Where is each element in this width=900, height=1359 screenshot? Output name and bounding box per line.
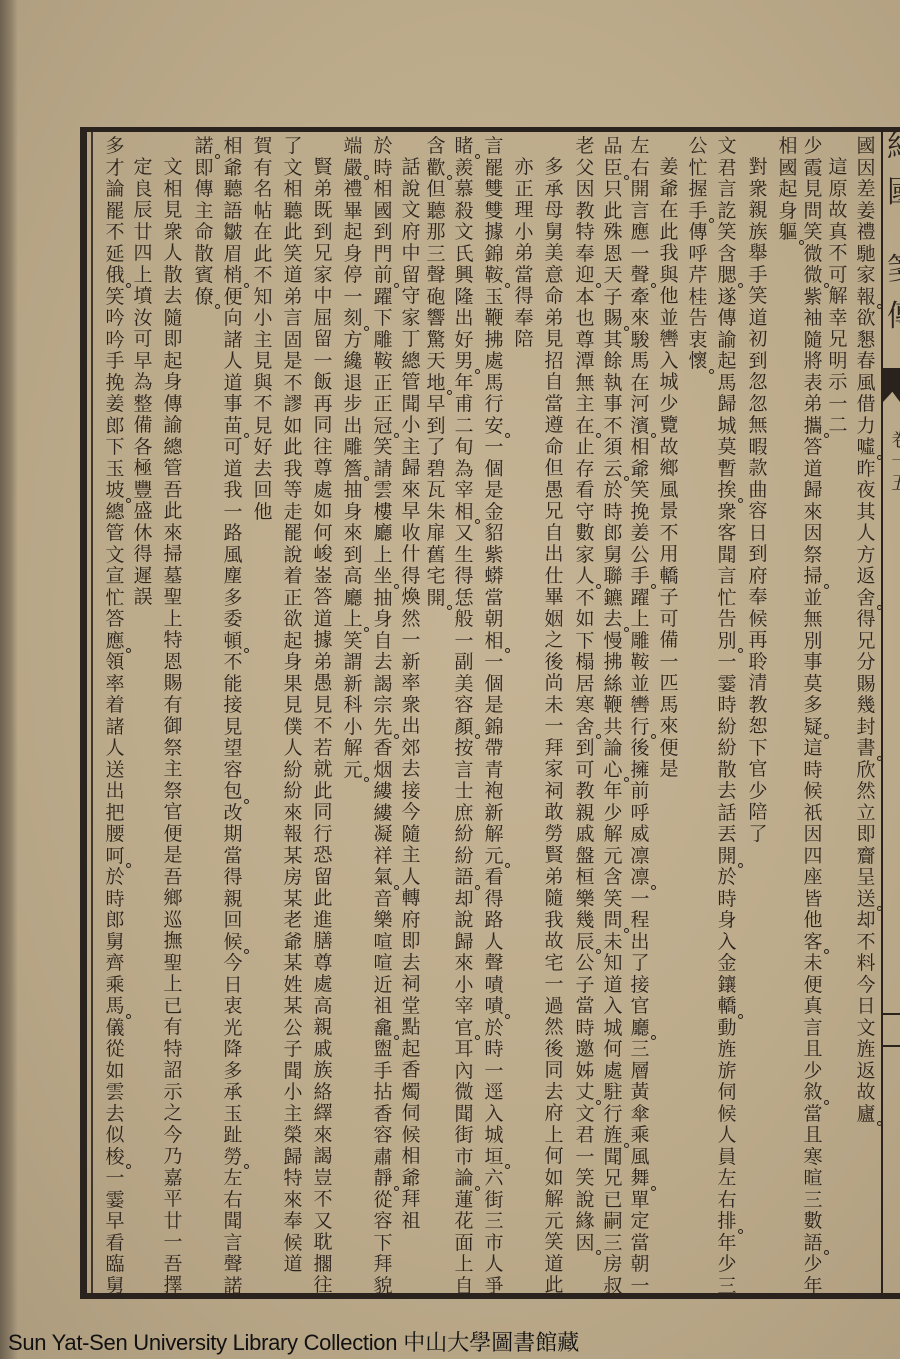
- glyph: 當: [513, 265, 535, 287]
- glyph: 父: [574, 158, 596, 180]
- glyph: 親: [222, 889, 244, 911]
- glyph: 後: [543, 1039, 565, 1061]
- glyph: 不: [252, 265, 274, 287]
- glyph: 了: [425, 437, 447, 459]
- text-column: 左右開言應一聲牽來駿馬在河濱相爺笑挽姜公手躍上雕鞍並轡行後擁前呼威凛凛一程出了接…: [629, 136, 651, 1297]
- glyph: 開: [425, 588, 447, 610]
- glyph: 含: [602, 867, 624, 889]
- glyph: 看: [574, 480, 596, 502]
- glyph: 右: [222, 1190, 244, 1212]
- glyph: 小: [513, 222, 535, 244]
- glyph: 正: [282, 588, 304, 610]
- glyph: 不: [827, 243, 849, 265]
- glyph: 手: [372, 1061, 394, 1083]
- glyph: 刻: [342, 308, 364, 330]
- glyph: 士: [453, 781, 475, 803]
- glyph: 封: [855, 717, 877, 739]
- glyph: 呼: [629, 803, 651, 825]
- glyph: 嗣: [602, 1211, 624, 1233]
- glyph: 駐: [602, 1082, 624, 1104]
- glyph: 回: [222, 910, 244, 932]
- glyph: 齎: [855, 846, 877, 868]
- glyph: 身: [342, 244, 364, 266]
- glyph: 問: [602, 910, 624, 932]
- glyph: 再: [747, 630, 769, 652]
- glyph: 弟: [312, 652, 334, 674]
- glyph: 六: [483, 1168, 505, 1190]
- glyph: 三: [483, 1211, 505, 1233]
- glyph: 本: [574, 287, 596, 309]
- glyph: 音: [372, 889, 394, 911]
- glyph: 率: [400, 673, 422, 695]
- glyph: 自: [453, 1276, 475, 1298]
- glyph: 眉: [222, 244, 244, 266]
- glyph: 道: [747, 308, 769, 330]
- glyph: 愚: [312, 673, 334, 695]
- glyph: 覽: [658, 415, 680, 437]
- glyph: 高: [342, 566, 364, 588]
- glyph: 特: [162, 630, 184, 652]
- glyph: 座: [802, 867, 824, 889]
- glyph: 郎: [104, 416, 126, 438]
- glyph: 奉: [282, 1211, 304, 1233]
- glyph: 看: [483, 867, 505, 889]
- glyph: 墳: [132, 286, 154, 308]
- glyph: 人: [400, 867, 422, 889]
- glyph: 上: [629, 609, 651, 631]
- glyph: 原: [827, 179, 849, 201]
- glyph: 吾: [162, 867, 184, 889]
- glyph: 新: [400, 652, 422, 674]
- glyph: 歸: [802, 480, 824, 502]
- glyph: 良: [132, 179, 154, 201]
- glyph: 容: [453, 695, 475, 717]
- glyph: 可: [827, 265, 849, 287]
- glyph: 諾: [222, 1276, 244, 1298]
- glyph: 率: [104, 674, 126, 696]
- glyph: 文: [453, 222, 475, 244]
- glyph: 拈: [372, 1082, 394, 1104]
- glyph: 散: [716, 760, 738, 782]
- glyph: 城: [602, 1018, 624, 1040]
- glyph: 府: [400, 910, 422, 932]
- glyph: 相: [162, 179, 184, 201]
- glyph: 姜: [629, 523, 651, 545]
- glyph: 兄: [827, 329, 849, 351]
- glyph: 衷: [222, 996, 244, 1018]
- glyph: 得: [132, 544, 154, 566]
- glyph: 來: [629, 308, 651, 330]
- text-column: 多才論罷不延俄笑吟吟手挽姜郎下玉坡總管文宣忙答應領率着諸人送出把腰呵於時郎舅齊乘…: [104, 136, 126, 1297]
- glyph: 科: [342, 695, 364, 717]
- glyph: 崟: [312, 566, 334, 588]
- glyph: 處: [483, 351, 505, 373]
- glyph: 是: [162, 845, 184, 867]
- glyph: 自: [543, 372, 565, 394]
- glyph: 候: [802, 781, 824, 803]
- glyph: 故: [827, 200, 849, 222]
- glyph: 來: [282, 803, 304, 825]
- glyph: 言: [629, 201, 651, 223]
- glyph: 時: [716, 889, 738, 911]
- glyph: 喧: [372, 932, 394, 954]
- glyph: 祭: [802, 545, 824, 567]
- glyph: 人: [483, 932, 505, 954]
- glyph: 向: [222, 308, 244, 330]
- glyph: 乃: [162, 1146, 184, 1168]
- glyph: 論: [453, 1168, 475, 1190]
- glyph: 容: [372, 1211, 394, 1233]
- glyph: 鞍: [372, 351, 394, 373]
- glyph: 事: [222, 394, 244, 416]
- glyph: 知: [602, 953, 624, 975]
- glyph: 兄: [855, 631, 877, 653]
- text-column: 相國起身軀: [777, 136, 799, 244]
- glyph: 舅: [104, 932, 126, 954]
- glyph: 朝: [629, 1254, 651, 1276]
- glyph: 暇: [747, 437, 769, 459]
- glyph: 歸: [400, 458, 422, 480]
- glyph: 男: [453, 351, 475, 373]
- glyph: 趾: [222, 1125, 244, 1147]
- glyph: 無: [574, 373, 596, 395]
- glyph: 雲: [104, 1082, 126, 1104]
- glyph: 期: [222, 824, 244, 846]
- glyph: 說: [574, 1190, 596, 1212]
- glyph: 當: [222, 846, 244, 868]
- glyph: 未: [602, 932, 624, 954]
- glyph: 相: [222, 136, 244, 158]
- glyph: 事: [602, 394, 624, 416]
- glyph: 却: [855, 910, 877, 932]
- glyph: 一: [483, 1061, 505, 1083]
- glyph: 公: [629, 545, 651, 567]
- glyph: 上: [132, 265, 154, 287]
- glyph: 到: [312, 222, 334, 244]
- glyph: 花: [453, 1211, 475, 1233]
- glyph: 陪: [513, 329, 535, 351]
- glyph: 然: [543, 1017, 565, 1039]
- glyph: 忽: [747, 372, 769, 394]
- glyph: 見: [312, 695, 334, 717]
- glyph: 四: [132, 243, 154, 265]
- glyph: 留: [312, 329, 334, 351]
- glyph: 雕: [342, 437, 364, 459]
- glyph: 紛: [716, 717, 738, 739]
- glyph: 煥: [400, 587, 422, 609]
- glyph: 並: [629, 674, 651, 696]
- fold-volume-label: 卷十五: [887, 430, 900, 495]
- glyph: 袖: [802, 308, 824, 330]
- glyph: 擱: [312, 1254, 334, 1276]
- glyph: 各: [132, 437, 154, 459]
- glyph: 人: [855, 523, 877, 545]
- glyph: 款: [747, 458, 769, 480]
- glyph: 文: [400, 200, 422, 222]
- glyph: 膳: [312, 931, 334, 953]
- glyph: 欣: [855, 760, 877, 782]
- glyph: 笑: [602, 889, 624, 911]
- glyph: 爺: [658, 179, 680, 201]
- glyph: 從: [372, 1190, 394, 1212]
- glyph: 與: [252, 373, 274, 395]
- glyph: 諾: [193, 136, 215, 158]
- glyph: 道: [222, 373, 244, 395]
- glyph: 請: [372, 459, 394, 481]
- glyph: 舞: [629, 1168, 651, 1190]
- glyph: 轎: [716, 996, 738, 1018]
- glyph: 語: [453, 867, 475, 889]
- glyph: 右: [629, 158, 651, 180]
- glyph: 舍: [574, 717, 596, 739]
- glyph: 欲: [282, 609, 304, 631]
- text-column: 姜爺在此我與他並轡入城少覽故鄉風景不用轎子可備一匹馬來便是: [658, 157, 680, 781]
- page-edge-shadow: [0, 0, 18, 1359]
- glyph: 起: [400, 1039, 422, 1061]
- glyph: 敢: [543, 802, 565, 824]
- glyph: 三: [602, 1233, 624, 1255]
- glyph: 蟒: [483, 566, 505, 588]
- glyph: 衆: [716, 502, 738, 524]
- glyph: 塵: [222, 566, 244, 588]
- glyph: 來: [400, 480, 422, 502]
- glyph: 主: [193, 201, 215, 223]
- glyph: 備: [658, 630, 680, 652]
- glyph: 出: [453, 308, 475, 330]
- glyph: 先: [372, 717, 394, 739]
- glyph: 問: [802, 201, 824, 223]
- glyph: 龕: [372, 1018, 394, 1040]
- glyph: 堂: [400, 996, 422, 1018]
- glyph: 郎: [602, 523, 624, 545]
- glyph: 一: [162, 1232, 184, 1254]
- glyph: 簷: [342, 459, 364, 481]
- glyph: 風: [658, 480, 680, 502]
- glyph: 鑣: [602, 588, 624, 610]
- glyph: 榮: [282, 1125, 304, 1147]
- glyph: 何: [312, 523, 334, 545]
- glyph: 懷: [687, 351, 709, 373]
- glyph: 迎: [574, 265, 596, 287]
- glyph: 此: [312, 781, 334, 803]
- glyph: 少: [658, 394, 680, 416]
- glyph: 宰: [453, 996, 475, 1018]
- glyph: 詔: [162, 1060, 184, 1082]
- glyph: 相: [777, 136, 799, 158]
- glyph: 朱: [425, 502, 447, 524]
- glyph: 庶: [453, 803, 475, 825]
- glyph: 乘: [104, 975, 126, 997]
- glyph: 今: [162, 1125, 184, 1147]
- glyph: 官: [453, 1018, 475, 1040]
- glyph: 定: [132, 157, 154, 179]
- glyph: 景: [658, 501, 680, 523]
- glyph: 將: [802, 351, 824, 373]
- text-column: 公忙握手傳呼芹桂告衷懷: [687, 136, 709, 373]
- glyph: 來: [162, 523, 184, 545]
- glyph: 笑: [543, 1232, 565, 1254]
- glyph: 興: [453, 265, 475, 287]
- glyph: 何: [543, 1146, 565, 1168]
- glyph: 言: [222, 1233, 244, 1255]
- scanned-book-page: 紀 國 箋 傳 卷十五 國因差姜禮馳家報欲懇春風借力噓昨夜其人方返舍得兄分賜幾封…: [0, 0, 900, 1359]
- glyph: 端: [342, 136, 364, 158]
- glyph: 御: [162, 716, 184, 738]
- glyph: 人: [716, 1125, 738, 1147]
- glyph: 國: [372, 201, 394, 223]
- glyph: 廬: [855, 1104, 877, 1126]
- glyph: 然: [855, 781, 877, 803]
- glyph: 同: [543, 1060, 565, 1082]
- glyph: 門: [372, 244, 394, 266]
- text-column: 少霞見問笑微微紫袖隨將表弟攜答道歸來因祭掃並無別事莫多疑這時候祇因四座皆他客未便…: [802, 136, 824, 1297]
- glyph: 祥: [372, 846, 394, 868]
- glyph: 樓: [372, 502, 394, 524]
- glyph: 因: [574, 179, 596, 201]
- glyph: 某: [282, 996, 304, 1018]
- glyph: 紛: [716, 738, 738, 760]
- glyph: 雙: [483, 201, 505, 223]
- glyph: 個: [483, 459, 505, 481]
- glyph: 論: [104, 179, 126, 201]
- glyph: 立: [855, 803, 877, 825]
- glyph: 但: [425, 179, 447, 201]
- glyph: 錦: [483, 717, 505, 739]
- glyph: 牽: [629, 287, 651, 309]
- glyph: 故: [855, 1082, 877, 1104]
- glyph: 招: [543, 351, 565, 373]
- glyph: 下: [372, 1233, 394, 1255]
- glyph: 聖: [162, 587, 184, 609]
- glyph: 郊: [400, 738, 422, 760]
- glyph: 尊: [312, 953, 334, 975]
- glyph: 爭: [483, 1276, 505, 1298]
- glyph: 退: [342, 373, 364, 395]
- glyph: 特: [162, 1039, 184, 1061]
- glyph: 言: [282, 308, 304, 330]
- glyph: 步: [342, 394, 364, 416]
- glyph: 來: [658, 716, 680, 738]
- glyph: 人: [282, 738, 304, 760]
- glyph: 了: [282, 136, 304, 158]
- text-column: 於時相國到門前躍下雕鞍正正冠笑請雲樓廳上坐抽身自去謁宗先香烟縷縷凝祥氣音樂喧喧近…: [372, 136, 394, 1297]
- glyph: 不: [312, 716, 334, 738]
- glyph: 與: [658, 265, 680, 287]
- glyph: 見: [162, 200, 184, 222]
- glyph: 即: [162, 329, 184, 351]
- glyph: 廳: [372, 523, 394, 545]
- glyph: 馬: [104, 996, 126, 1018]
- glyph: 可: [132, 329, 154, 351]
- glyph: 雙: [483, 179, 505, 201]
- glyph: 聲: [425, 265, 447, 287]
- glyph: 舅: [543, 222, 565, 244]
- glyph: 聞: [716, 545, 738, 567]
- glyph: 回: [252, 480, 274, 502]
- glyph: 舅: [602, 545, 624, 567]
- glyph: 飯: [312, 372, 334, 394]
- glyph: 過: [543, 996, 565, 1018]
- glyph: 承: [543, 179, 565, 201]
- text-column: 相爺聽語皺眉梢便向諸人道事苗可道我一路風塵多委頓不能接見望容包改期當得親回候今日…: [222, 136, 244, 1297]
- glyph: 清: [747, 673, 769, 695]
- glyph: 便: [802, 975, 824, 997]
- glyph: 傳: [687, 222, 709, 244]
- glyph: 一: [483, 437, 505, 459]
- glyph: 聞: [222, 1211, 244, 1233]
- glyph: 上: [162, 974, 184, 996]
- glyph: 因: [574, 1233, 596, 1255]
- glyph: 文: [574, 1104, 596, 1126]
- text-column: 對衆親族舉手笑道初到忽忽無暇款曲容日到府奉候再聆清教恕下官少陪了: [747, 157, 769, 845]
- glyph: 解: [342, 738, 364, 760]
- glyph: 執: [602, 373, 624, 395]
- glyph: 存: [574, 459, 596, 481]
- glyph: 答: [802, 437, 824, 459]
- glyph: 時: [483, 1039, 505, 1061]
- glyph: 旬: [453, 437, 475, 459]
- glyph: 好: [453, 330, 475, 352]
- glyph: 有: [252, 158, 274, 180]
- glyph: 從: [104, 1039, 126, 1061]
- glyph: 望: [222, 738, 244, 760]
- glyph: 仕: [543, 566, 565, 588]
- glyph: 宅: [543, 953, 565, 975]
- glyph: 一: [312, 351, 334, 373]
- glyph: 話: [716, 803, 738, 825]
- glyph: 人: [222, 351, 244, 373]
- glyph: 忽: [747, 394, 769, 416]
- glyph: 可: [574, 760, 596, 782]
- glyph: 送: [855, 889, 877, 911]
- glyph: 得: [855, 609, 877, 631]
- glyph: 耽: [312, 1232, 334, 1254]
- glyph: 道: [222, 459, 244, 481]
- glyph: 管: [400, 372, 422, 394]
- glyph: 勞: [222, 1147, 244, 1169]
- glyph: 不: [222, 652, 244, 674]
- glyph: 身: [342, 502, 364, 524]
- glyph: 總: [400, 351, 422, 373]
- glyph: 街: [453, 1125, 475, 1147]
- glyph: 纔: [342, 351, 364, 373]
- glyph: 郎: [104, 910, 126, 932]
- glyph: 奉: [747, 587, 769, 609]
- glyph: 紛: [282, 760, 304, 782]
- glyph: 街: [483, 1190, 505, 1212]
- glyph: 對: [747, 157, 769, 179]
- glyph: 去: [400, 759, 422, 781]
- glyph: 備: [132, 415, 154, 437]
- glyph: 候: [747, 609, 769, 631]
- glyph: 頓: [222, 631, 244, 653]
- glyph: 總: [104, 502, 126, 524]
- glyph: 皺: [222, 222, 244, 244]
- glyph: 今: [222, 953, 244, 975]
- glyph: 往: [312, 1275, 334, 1297]
- glyph: 個: [483, 674, 505, 696]
- glyph: 衷: [687, 330, 709, 352]
- glyph: 應: [104, 631, 126, 653]
- glyph: 早: [132, 351, 154, 373]
- watermark-english: Sun Yat-Sen University Library Collectio…: [8, 1330, 397, 1355]
- glyph: 小: [282, 1082, 304, 1104]
- glyph: 少: [716, 1254, 738, 1276]
- glyph: 相: [282, 179, 304, 201]
- glyph: 身: [716, 910, 738, 932]
- glyph: 丈: [574, 1082, 596, 1104]
- glyph: 轡: [658, 329, 680, 351]
